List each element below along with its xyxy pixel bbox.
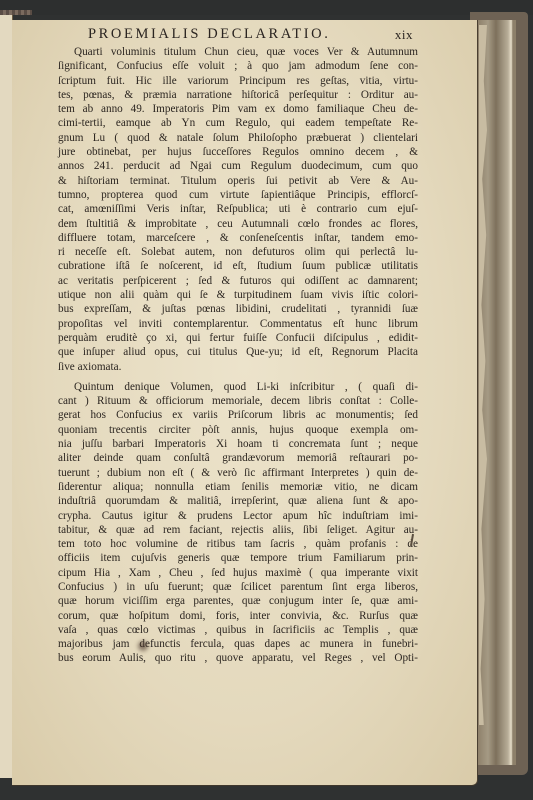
- text-line: cant ) Rituum & officiorum memoriale, de…: [58, 394, 418, 408]
- text-line: tem toto hoc volumine de ritibus tam ſac…: [58, 537, 418, 551]
- text-line: tabitur, & quæ ad rem faciant, rejectis …: [58, 523, 418, 537]
- paragraph-1: Quarti voluminis titulum Chun cieu, quæ …: [58, 45, 418, 374]
- text-line: tumno, propterea quod cum virtute ſapien…: [58, 188, 418, 202]
- text-line: officiis item cujuſvis generis quæ tempo…: [58, 551, 418, 565]
- text-line: utique non alii quàm qui ſe & turpitudin…: [58, 288, 418, 302]
- text-line: Quarti voluminis titulum Chun cieu, quæ …: [58, 45, 418, 59]
- text-line: annos 241. perducit ad Ngai cum Regulum …: [58, 159, 418, 173]
- text-line: & hiſtoriam terminat. Titulum operis ſui…: [58, 174, 418, 188]
- paragraph-2: Quintum denique Volumen, quod Li-ki inſc…: [58, 380, 418, 666]
- text-line: ſiderentur aliqua; nonnulla etiam ſenili…: [58, 480, 418, 494]
- text-line: que inſuper aliud opus, cui titulus Que-…: [58, 345, 418, 359]
- text-line: quoniam trecentis circiter pòſt annis, h…: [58, 423, 418, 437]
- text-line: Confucius ) in uſu fuerunt; quæ ſcilicet…: [58, 580, 418, 594]
- text-line: cimi-tertii, eamque ab Yn cum Regulo, qu…: [58, 116, 418, 130]
- text-line: propoſitas vel inviti contemplarentur. C…: [58, 317, 418, 331]
- text-line: diffluere totam, marceſcere , & conſeneſ…: [58, 231, 418, 245]
- text-line: corum, quæ hoſpitum domi, foris, inter c…: [58, 609, 418, 623]
- text-line: quæ horum viciſſim erga parentes, quæ co…: [58, 594, 418, 608]
- text-line: ri neceſſe eſt. Solebat autem, non defut…: [58, 245, 418, 259]
- page-number: xix: [395, 28, 413, 42]
- text-line: ſcriptum fuit. Hic ille variorum Princip…: [58, 74, 418, 88]
- text-line: vaſa , quas cœlo victimas , quibus in ſa…: [58, 623, 418, 637]
- text-line: bus expreſſam, & juſtas pœnas libidini, …: [58, 302, 418, 316]
- text-line: Quintum denique Volumen, quod Li-ki inſc…: [58, 380, 418, 394]
- text-line: crypha. Cautus igitur & prudens Lector a…: [58, 509, 418, 523]
- running-head: PROEMIALIS DECLARATIO. xix: [58, 25, 368, 45]
- text-line: tem ab anno 49. Imperatoris Pim vam ex d…: [58, 102, 418, 116]
- text-line: ſignificant, Confucius eſſe voluit ; à q…: [58, 59, 418, 73]
- text-line: nia juſſu barbari Imperatoris Xi hoam ti…: [58, 437, 418, 451]
- text-line: ac veritatis perſpicerent ; ſed & futuro…: [58, 274, 418, 288]
- text-line: tes, pœnas, & præmia narratione hiſtoric…: [58, 88, 418, 102]
- text-line: cat, amœniſſimi Veris inſtar, Reſpublica…: [58, 202, 418, 216]
- running-head-title: PROEMIALIS DECLARATIO.: [88, 27, 330, 41]
- text-line: dem ſtultitiâ & improbitate , ceu Autumn…: [58, 217, 418, 231]
- text-line: aliter deinde quam conſultâ grandævorum …: [58, 451, 418, 465]
- text-line: jure obtinebat, per hujus ſucceſſores Re…: [58, 145, 418, 159]
- scan-background-top: [0, 0, 533, 15]
- book-page: PROEMIALIS DECLARATIO. xix Quarti volumi…: [12, 20, 478, 786]
- text-line: ſive axiomata.: [58, 360, 418, 374]
- ink-smudge: [138, 641, 148, 651]
- text-block: PROEMIALIS DECLARATIO. xix Quarti volumi…: [58, 25, 368, 666]
- text-line: tuerunt ; dubium non eſt ( & verò ſic af…: [58, 466, 418, 480]
- text-line: majoribus jam defunctis fercula, quas da…: [58, 637, 418, 651]
- text-line: gnum Lu ( quod & natale ſolum Philoſopho…: [58, 131, 418, 145]
- text-line: bus eorum Aulis, quo ritu , quove appara…: [58, 651, 418, 665]
- text-line: gerat hos Confucius ex variis Priſcorum …: [58, 408, 418, 422]
- text-line: perquàm eruditè ço xi, qui fertur fuiſſe…: [58, 331, 418, 345]
- text-line: cipum Hia , Xam , Cheu , ſed hujus maxim…: [58, 566, 418, 580]
- text-line: induſtriâ quorumdam & malitiâ, irrepſeri…: [58, 494, 418, 508]
- text-line: cubratione iſtâ ſe noſcerent, id eſt, ſt…: [58, 259, 418, 273]
